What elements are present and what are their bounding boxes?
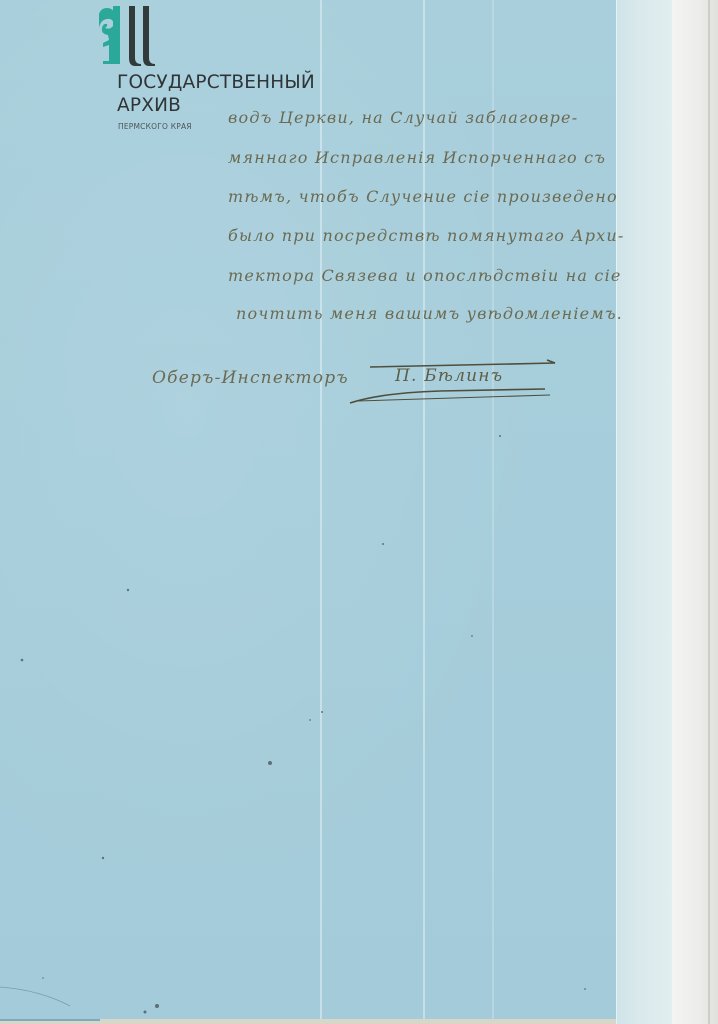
handwritten-line: было при посредствѣ помянутаго Архи- <box>228 226 624 245</box>
archive-region: ПЕРМСКОГО КРАЯ <box>118 122 192 131</box>
signatory-title: Оберъ-Инспекторъ <box>152 368 349 388</box>
archive-name-line2: АРХИВ <box>117 95 181 116</box>
white-binding-margin <box>672 0 718 1024</box>
archive-name-line1: ГОСУДАРСТВЕННЫЙ <box>117 72 315 93</box>
signature-flourish <box>340 355 570 410</box>
handwritten-line: мяннаго Исправленія Испорченнаго съ <box>228 148 606 167</box>
archive-emblem-icon <box>95 4 155 66</box>
tissue-paper-strip <box>616 0 672 1024</box>
handwritten-line: почтить меня вашимъ увѣдомленіемъ. <box>236 304 623 323</box>
handwritten-line: водъ Церкви, на Случай заблаговре- <box>228 108 578 127</box>
handwritten-line: тѣмъ, чтобъ Случение сіе произведено <box>228 187 618 206</box>
scanned-page: ГОСУДАРСТВЕННЫЙ АРХИВ ПЕРМСКОГО КРАЯ вод… <box>0 0 718 1024</box>
handwritten-line: тектора Связева и опослѣдствіи на сіе <box>228 266 622 285</box>
